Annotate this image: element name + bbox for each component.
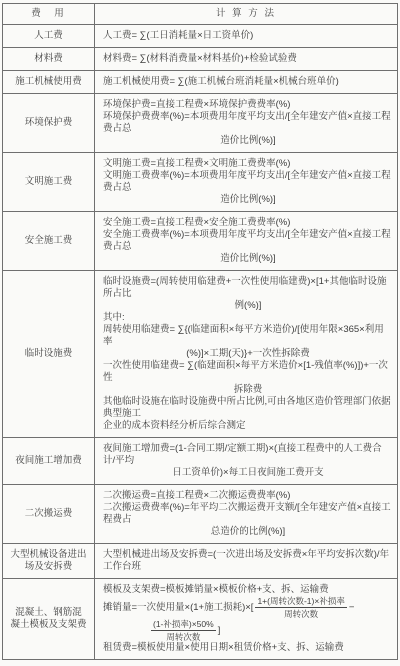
table-row: 文明施工费文明施工费=直接工程费×文明施工费费率(%)文明施工费费率(%)=本项… [3, 153, 397, 212]
fee-name-cell: 环境保护费 [3, 94, 95, 152]
cost-calculation-table: 费 用 计 算 方 法 人工费人工费= ∑(工日消耗量×日工资单价)材料费材料费… [2, 3, 398, 660]
table-row: 人工费人工费= ∑(工日消耗量×日工资单价) [3, 25, 397, 48]
formula-line: 人工费= ∑(工日消耗量×日工资单价) [103, 30, 393, 42]
fee-name-cell: 大型机械设备进出 场及安拆费 [3, 544, 95, 578]
formula-line: 环境保护费=直接工程费×环境保护费费率(%) [103, 99, 393, 111]
fee-name-cell: 混凝土、钢筋混 凝土模板及支架费 [3, 579, 95, 659]
closing-bracket: ] [218, 625, 221, 637]
formula-line: 材料费= ∑(材料消费量×材料基价)+检验试验费 [103, 53, 393, 65]
table-row: 施工机械使用费施工机械使用费= ∑(施工机械台班消耗量×机械台班单价) [3, 71, 397, 94]
fee-name-cell: 人工费 [3, 25, 95, 47]
calculation-method-cell: 大型机械进出场及安拆费=(一次进出场及安拆费×年平均安拆次数)/年工作台班 [95, 544, 397, 578]
formula-line: 其他临时设施在临时设施费中所占比例,可由各地区造价管理部门依据典型施工 [103, 396, 393, 420]
table-row: 二次搬运费二次搬运费=直接工程费×二次搬运费费率(%)二次搬运费费率(%)=年平… [3, 485, 397, 544]
formula-line: 造价比例(%)] [103, 194, 393, 206]
formula-line: 夜间施工增加费=(1-合同工期/定额工期)×(直接工程费中的人工费合计/平均 [103, 443, 393, 467]
formula-line: (1-补损率)×50%周转次数] [103, 619, 393, 642]
formula-line: 文明施工费费率(%)=本项费用年度平均支出/[全年建安产值×直接工程费占总 [103, 170, 393, 194]
formula-line: 二次搬运费=直接工程费×二次搬运费费率(%) [103, 490, 393, 502]
formula-text: 摊销量=一次使用量×(1+施工损耗)×[ [103, 602, 253, 614]
formula-line: 大型机械进出场及安拆费=(一次进出场及安拆费×年平均安拆次数)/年工作台班 [103, 549, 393, 573]
fee-name-cell: 施工机械使用费 [3, 71, 95, 93]
formula-line: 临时设施费=(周转使用临建费+一次性使用临建费)×[1+其他临时设施所占比 [103, 276, 393, 300]
fraction-numerator: 1+(周转次数-1)×补损率 [255, 596, 346, 608]
formula-line: 例(%)] [103, 300, 393, 312]
table-row: 材料费材料费= ∑(材料消费量×材料基价)+检验试验费 [3, 48, 397, 71]
calculation-method-cell: 夜间施工增加费=(1-合同工期/定额工期)×(直接工程费中的人工费合计/平均日工… [95, 438, 397, 484]
fee-name-cell: 夜间施工增加费 [3, 438, 95, 484]
formula-line: 模板及支架费=模板摊销量×模板价格+支、拆、运输费 [103, 584, 393, 596]
formula-line: 造价比例(%)] [103, 135, 393, 147]
fee-name-cell: 文明施工费 [3, 153, 95, 211]
fraction-denominator: 周转次数 [151, 631, 216, 642]
formula-line: 其中: [103, 312, 393, 324]
fraction-numerator: (1-补损率)×50% [151, 619, 216, 631]
formula-line: 摊销量=一次使用量×(1+施工损耗)×[1+(周转次数-1)×补损率周转次数− [103, 596, 393, 619]
formula-line: 造价比例(%)] [103, 253, 393, 265]
fee-name-cell: 二次搬运费 [3, 485, 95, 543]
formula-line: 拆除费 [103, 384, 393, 396]
table-row: 安全施工费安全施工费=直接工程费×安全施工费费率(%)安全施工费费率(%)=本项… [3, 212, 397, 271]
scanned-document-page: 费 用 计 算 方 法 人工费人工费= ∑(工日消耗量×日工资单价)材料费材料费… [0, 0, 400, 666]
formula-line: 租赁费=模板使用量×使用日期×租赁价格+支、拆、运输费 [103, 642, 393, 654]
table-body: 人工费人工费= ∑(工日消耗量×日工资单价)材料费材料费= ∑(材料消费量×材料… [3, 25, 397, 659]
fee-name-cell: 安全施工费 [3, 212, 95, 270]
calculation-method-cell: 材料费= ∑(材料消费量×材料基价)+检验试验费 [95, 48, 397, 70]
table-row: 混凝土、钢筋混 凝土模板及支架费模板及支架费=模板摊销量×模板价格+支、拆、运输… [3, 579, 397, 659]
fraction: 1+(周转次数-1)×补损率周转次数 [255, 596, 346, 619]
calculation-method-cell: 人工费= ∑(工日消耗量×日工资单价) [95, 25, 397, 47]
formula-line: 施工机械使用费= ∑(施工机械台班消耗量×机械台班单价) [103, 76, 393, 88]
formula-line: 日工资单价)×每工日夜间施工费开支 [103, 467, 393, 479]
minus-operator: − [349, 602, 355, 614]
table-row: 环境保护费环境保护费=直接工程费×环境保护费费率(%)环境保护费费率(%)=本项… [3, 94, 397, 153]
formula-line: (%)]×工期(天)}+一次性拆除费 [103, 348, 393, 360]
calculation-method-cell: 安全施工费=直接工程费×安全施工费费率(%)安全施工费费率(%)=本项费用年度平… [95, 212, 397, 270]
header-method-column: 计 算 方 法 [95, 4, 397, 24]
formula-line: 企业的成本资料经分析后综合测定 [103, 420, 393, 432]
formula-line: 环境保护费费率(%)=本项费用年度平均支出/[全年建安产值×直接工程费占总 [103, 111, 393, 135]
calculation-method-cell: 模板及支架费=模板摊销量×模板价格+支、拆、运输费摊销量=一次使用量×(1+施工… [95, 579, 397, 659]
calculation-method-cell: 文明施工费=直接工程费×文明施工费费率(%)文明施工费费率(%)=本项费用年度平… [95, 153, 397, 211]
calculation-method-cell: 施工机械使用费= ∑(施工机械台班消耗量×机械台班单价) [95, 71, 397, 93]
fee-name-cell: 临时设施费 [3, 271, 95, 437]
formula-line: 二次搬运费费率(%)=年平均二次搬运费开支额/[全年建安产值×直接工程费占 [103, 502, 393, 526]
formula-line: 安全施工费费率(%)=本项费用年度平均支出/[全年建安产值×直接工程费占总 [103, 229, 393, 253]
calculation-method-cell: 二次搬运费=直接工程费×二次搬运费费率(%)二次搬运费费率(%)=年平均二次搬运… [95, 485, 397, 543]
fraction: (1-补损率)×50%周转次数 [151, 619, 216, 642]
formula-line: 文明施工费=直接工程费×文明施工费费率(%) [103, 158, 393, 170]
table-row: 临时设施费临时设施费=(周转使用临建费+一次性使用临建费)×[1+其他临时设施所… [3, 271, 397, 438]
formula-line: 一次性使用临建费= ∑(临建面积×每平方米造价×[1-残值率(%)])+一次性 [103, 360, 393, 384]
fee-name-cell: 材料费 [3, 48, 95, 70]
table-row: 大型机械设备进出 场及安拆费大型机械进出场及安拆费=(一次进出场及安拆费×年平均… [3, 544, 397, 579]
formula-line: 总造价的比例(%)] [103, 526, 393, 538]
table-row: 夜间施工增加费夜间施工增加费=(1-合同工期/定额工期)×(直接工程费中的人工费… [3, 438, 397, 485]
calculation-method-cell: 临时设施费=(周转使用临建费+一次性使用临建费)×[1+其他临时设施所占比例(%… [95, 271, 397, 437]
formula-line: 安全施工费=直接工程费×安全施工费费率(%) [103, 217, 393, 229]
fraction-denominator: 周转次数 [255, 608, 346, 619]
formula-line: 周转使用临建费= ∑{(临建面积×每平方米造价)/[使用年限×365×利用率 [103, 324, 393, 348]
header-fee-column: 费 用 [3, 4, 95, 24]
table-header-row: 费 用 计 算 方 法 [3, 4, 397, 25]
calculation-method-cell: 环境保护费=直接工程费×环境保护费费率(%)环境保护费费率(%)=本项费用年度平… [95, 94, 397, 152]
